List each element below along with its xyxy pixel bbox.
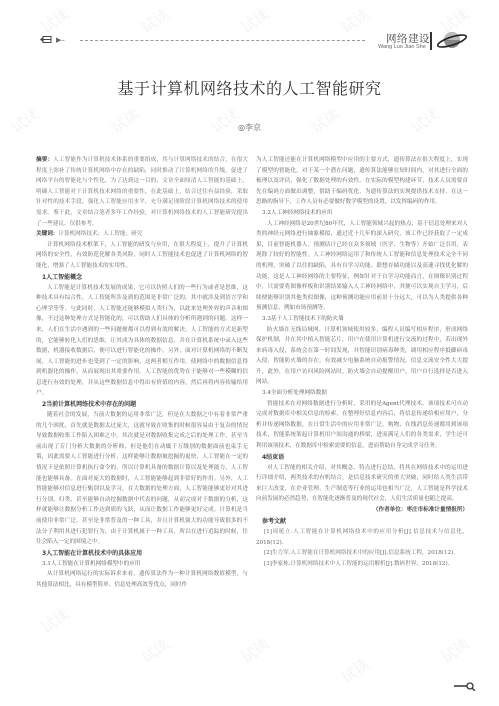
- header-separator: [430, 32, 432, 50]
- subsection-heading: 3.3基于人工智能技术下的防火墙: [256, 314, 468, 325]
- keywords: 关键词：计算机网络技术；人工智能；研究: [36, 229, 248, 240]
- section-heading: 4结束语: [256, 452, 468, 463]
- section-heading: 2当前计算机网络技术中存在的问题: [36, 399, 248, 410]
- subsection-heading: 3.2人工神经网络技术的应用: [256, 208, 468, 219]
- body-paragraph: 随着社会的发展，当前大数据的运用非常广泛，但是在大数据之中有着非常严重的几个困扰…: [36, 410, 248, 548]
- intro-paragraph: 计算机网络技术框架下，人工智能的研发与应用，在很大程度上，提升了计算机网络的安全…: [36, 240, 248, 272]
- planet-logo-icon: [436, 28, 468, 52]
- body-paragraph: 为人工智能还能在计算机网络模型中应用的主要方式，遗传算法在很大程度上，实现了模型…: [256, 155, 468, 208]
- section-heading: 3人工智能在计算机技术中的具体应用: [36, 548, 248, 559]
- header-divider: [80, 40, 365, 41]
- zoom-out-icon[interactable]: [454, 681, 478, 691]
- book-icon: [40, 36, 52, 43]
- article-title: 基于计算机网络技术的人工智能研究: [0, 76, 499, 99]
- left-column: 摘要：人工智能作为计算机技术体系的重要组成，其与计算网络技术的结合，在很大程度上…: [36, 155, 248, 591]
- reference-item: [2]生力军.人工智能在计算机网络技术中的应用[J].信息系统工程，2018(1…: [256, 548, 468, 559]
- references-heading: 参考文献: [256, 516, 468, 527]
- body-paragraph: 人工智能是计算机技术发展的成果，它可以仿照人们的一些行为或者是思维，这种技术具有…: [36, 283, 248, 400]
- subsection-heading: 3.4全面分析处理网络数据: [256, 388, 468, 399]
- section-heading: 1人工智能概念: [36, 272, 248, 283]
- subsection-heading: 3.1人工智能在计算机网络模型中的应用: [36, 559, 248, 570]
- body-paragraph: 智能技术在对网络数据进行分析时，采用的是Agent代理技术，该项技术可自动完成对…: [256, 399, 468, 452]
- abstract-label: 摘要：: [36, 157, 53, 163]
- abstract-text: 人工智能作为计算机技术体系的重要组成，其与计算网络技术的结合，在很大程度上弥补了…: [36, 157, 248, 227]
- keywords-text: 计算机网络技术；人工智能；研究: [58, 231, 142, 237]
- page-header: ▶– 网络建设 Wang Luo Jian She: [0, 0, 499, 60]
- section-pinyin: Wang Luo Jian She: [378, 44, 426, 50]
- body-paragraph: 人工神经网络是20世纪80年代，人工智能领域兴起的热点，基于信息处理来对人类的神…: [256, 219, 468, 314]
- body-paragraph: 对人工智能的相关介绍，对其概念、特点进行总结，将其在网络技术中的运用进行详细介绍…: [256, 463, 468, 505]
- reference-item: [3]李家栋.计算机网络技术中人工智能的运用解析[J].数码世界，2018(12…: [256, 559, 468, 570]
- arrow-icon: ▶–: [56, 36, 65, 44]
- body-paragraph: 从计算机网络运行的实际诉求来看，遗传算法作为一种计算机网络数值模型，与其他算法相…: [36, 569, 248, 590]
- right-column: 为人工智能还能在计算机网络模型中应用的主要方式，遗传算法在很大程度上，实现了模型…: [256, 155, 468, 569]
- article-author: ◎李京: [0, 122, 499, 133]
- author-affiliation: （作者单位：枣庄市标准计量情报所）: [256, 505, 468, 516]
- abstract: 摘要：人工智能作为计算机技术体系的重要组成，其与计算网络技术的结合，在很大程度上…: [36, 155, 248, 229]
- body-paragraph: 防火墙在无线局域网、计算机领域使用较多，编程人员编写相应程序，形成网络保护机制，…: [256, 325, 468, 389]
- reference-item: [1]周冕立.人工智能在计算机网络技术中的应用分析[J].信息技术与信息化，20…: [256, 527, 468, 548]
- keywords-label: 关键词：: [36, 231, 58, 237]
